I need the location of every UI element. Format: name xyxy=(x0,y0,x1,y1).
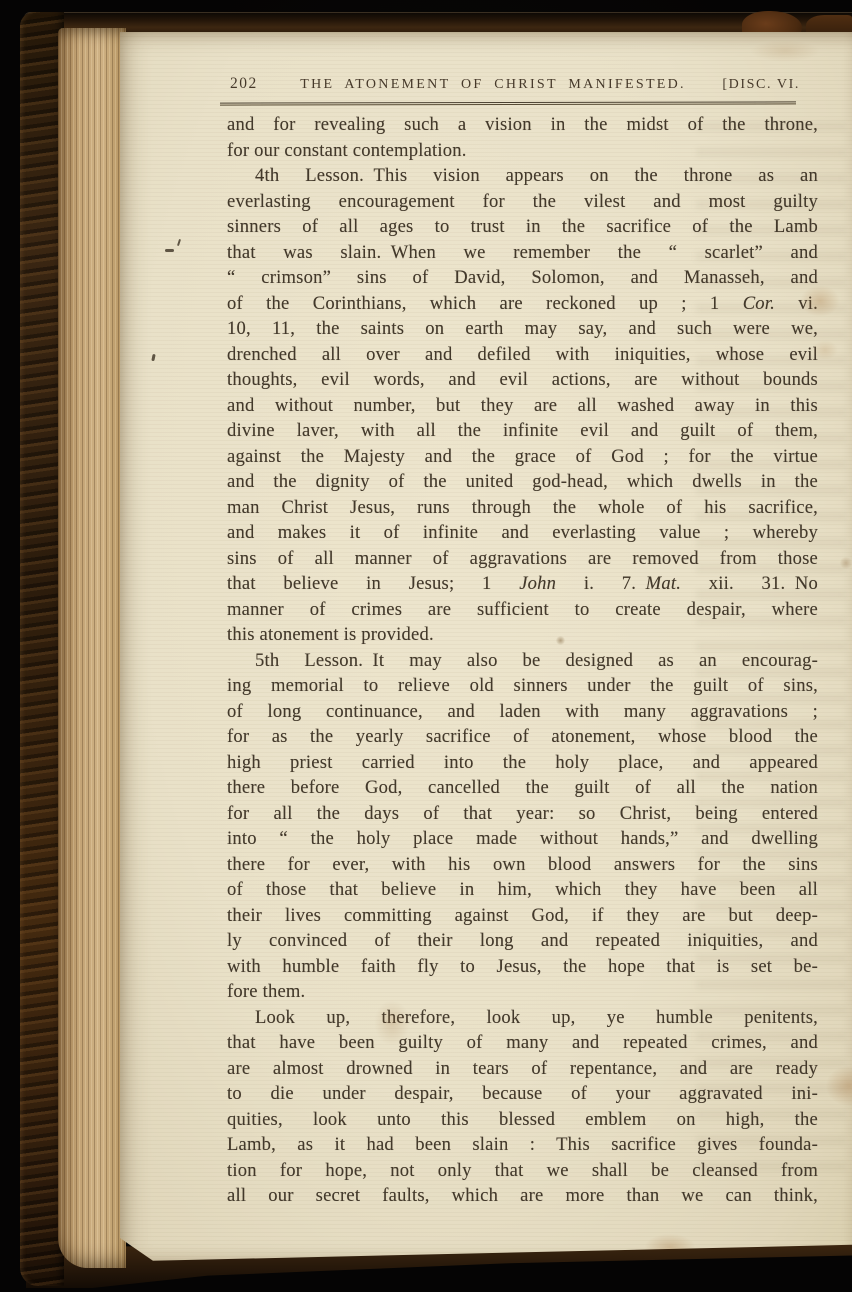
text-line: to die under despair, because of your ag… xyxy=(227,1081,818,1107)
margin-mark xyxy=(177,239,181,246)
paragraph: 5th Lesson. It may also be designed as a… xyxy=(227,648,818,1005)
header-rule xyxy=(220,101,796,105)
text-line: that believe in Jesus; 1 John i. 7. Mat.… xyxy=(227,571,818,597)
text-line: Lamb, as it had been slain : This sacrif… xyxy=(227,1132,818,1158)
text-line: against the Majesty and the grace of God… xyxy=(227,444,818,470)
page-header: 202 THE ATONEMENT OF CHRIST MANIFESTED. … xyxy=(227,75,818,93)
section-label: [DISC. VI. xyxy=(722,77,800,93)
text-line: this atonement is provided. xyxy=(227,622,818,648)
text-line: and makes it of infinite and everlasting… xyxy=(227,520,818,546)
paragraph: Look up, therefore, look up, ye humble p… xyxy=(227,1005,818,1209)
text-line: sins of all manner of aggravations are r… xyxy=(227,546,818,572)
text-line: high priest carried into the holy place,… xyxy=(227,750,818,776)
text-line: there before God, cancelled the guilt of… xyxy=(227,775,818,801)
text-line: into “ the holy place made without hands… xyxy=(227,826,818,852)
text-line: with humble faith fly to Jesus, the hope… xyxy=(227,954,818,980)
text-line: of long continuance, and laden with many… xyxy=(227,699,818,725)
text-line: 10, 11, the saints on earth may say, and… xyxy=(227,316,818,342)
text-line: are almost drowned in tears of repentanc… xyxy=(227,1056,818,1082)
text-line: and for revealing such a vision in the m… xyxy=(227,112,818,138)
margin-mark xyxy=(165,249,174,252)
book-photo: 202 THE ATONEMENT OF CHRIST MANIFESTED. … xyxy=(0,0,852,1292)
text-line: ing memorial to relieve old sinners unde… xyxy=(227,673,818,699)
running-title: THE ATONEMENT OF CHRIST MANIFESTED. xyxy=(264,77,723,93)
text-line: divine laver, with all the infinite evil… xyxy=(227,418,818,444)
text-line: ly convinced of their long and repeated … xyxy=(227,928,818,954)
text-line: Look up, therefore, look up, ye humble p… xyxy=(227,1005,818,1031)
book-page: 202 THE ATONEMENT OF CHRIST MANIFESTED. … xyxy=(120,32,852,1262)
text-line: and without number, but they are all was… xyxy=(227,393,818,419)
text-line: for all the days of that year: so Christ… xyxy=(227,801,818,827)
text-line: 4th Lesson. This vision appears on the t… xyxy=(227,163,818,189)
text-line: everlasting encouragement for the vilest… xyxy=(227,189,818,215)
text-line: of those that believe in him, which they… xyxy=(227,877,818,903)
foxing-stain xyxy=(840,557,852,569)
text-line: of the Corinthians, which are reckoned u… xyxy=(227,291,818,317)
paragraph: and for revealing such a vision in the m… xyxy=(227,112,818,163)
text-line: there for ever, with his own blood answe… xyxy=(227,852,818,878)
page-number: 202 xyxy=(230,75,258,93)
text-line: thoughts, evil words, and evil actions, … xyxy=(227,367,818,393)
foxing-stain xyxy=(826,1066,852,1106)
page-edges-stack xyxy=(58,28,126,1268)
text-line: drenched all over and defiled with iniqu… xyxy=(227,342,818,368)
text-line: 5th Lesson. It may also be designed as a… xyxy=(227,648,818,674)
text-line: all our secret faults, which are more th… xyxy=(227,1183,818,1209)
text-line: manner of crimes are sufficient to creat… xyxy=(227,597,818,623)
text-line: their lives committing against God, if t… xyxy=(227,903,818,929)
text-line: tion for hope, not only that we shall be… xyxy=(227,1158,818,1184)
text-line: that have been guilty of many and repeat… xyxy=(227,1030,818,1056)
text-line: sinners of all ages to trust in the sacr… xyxy=(227,214,818,240)
text-line: fore them. xyxy=(227,979,818,1005)
foxing-stain xyxy=(750,40,820,62)
text-line: “ crimson” sins of David, Solomon, and M… xyxy=(227,265,818,291)
text-line: man Christ Jesus, runs through the whole… xyxy=(227,495,818,521)
text-line: that was slain. When we remember the “ s… xyxy=(227,240,818,266)
text-body: and for revealing such a vision in the m… xyxy=(227,112,818,1209)
text-line: and the dignity of the united god-head, … xyxy=(227,469,818,495)
text-line: quities, look unto this blessed emblem o… xyxy=(227,1107,818,1133)
text-line: for as the yearly sacrifice of atonement… xyxy=(227,724,818,750)
paragraph: 4th Lesson. This vision appears on the t… xyxy=(227,163,818,648)
text-line: for our constant contemplation. xyxy=(227,138,818,164)
margin-mark xyxy=(151,354,155,361)
